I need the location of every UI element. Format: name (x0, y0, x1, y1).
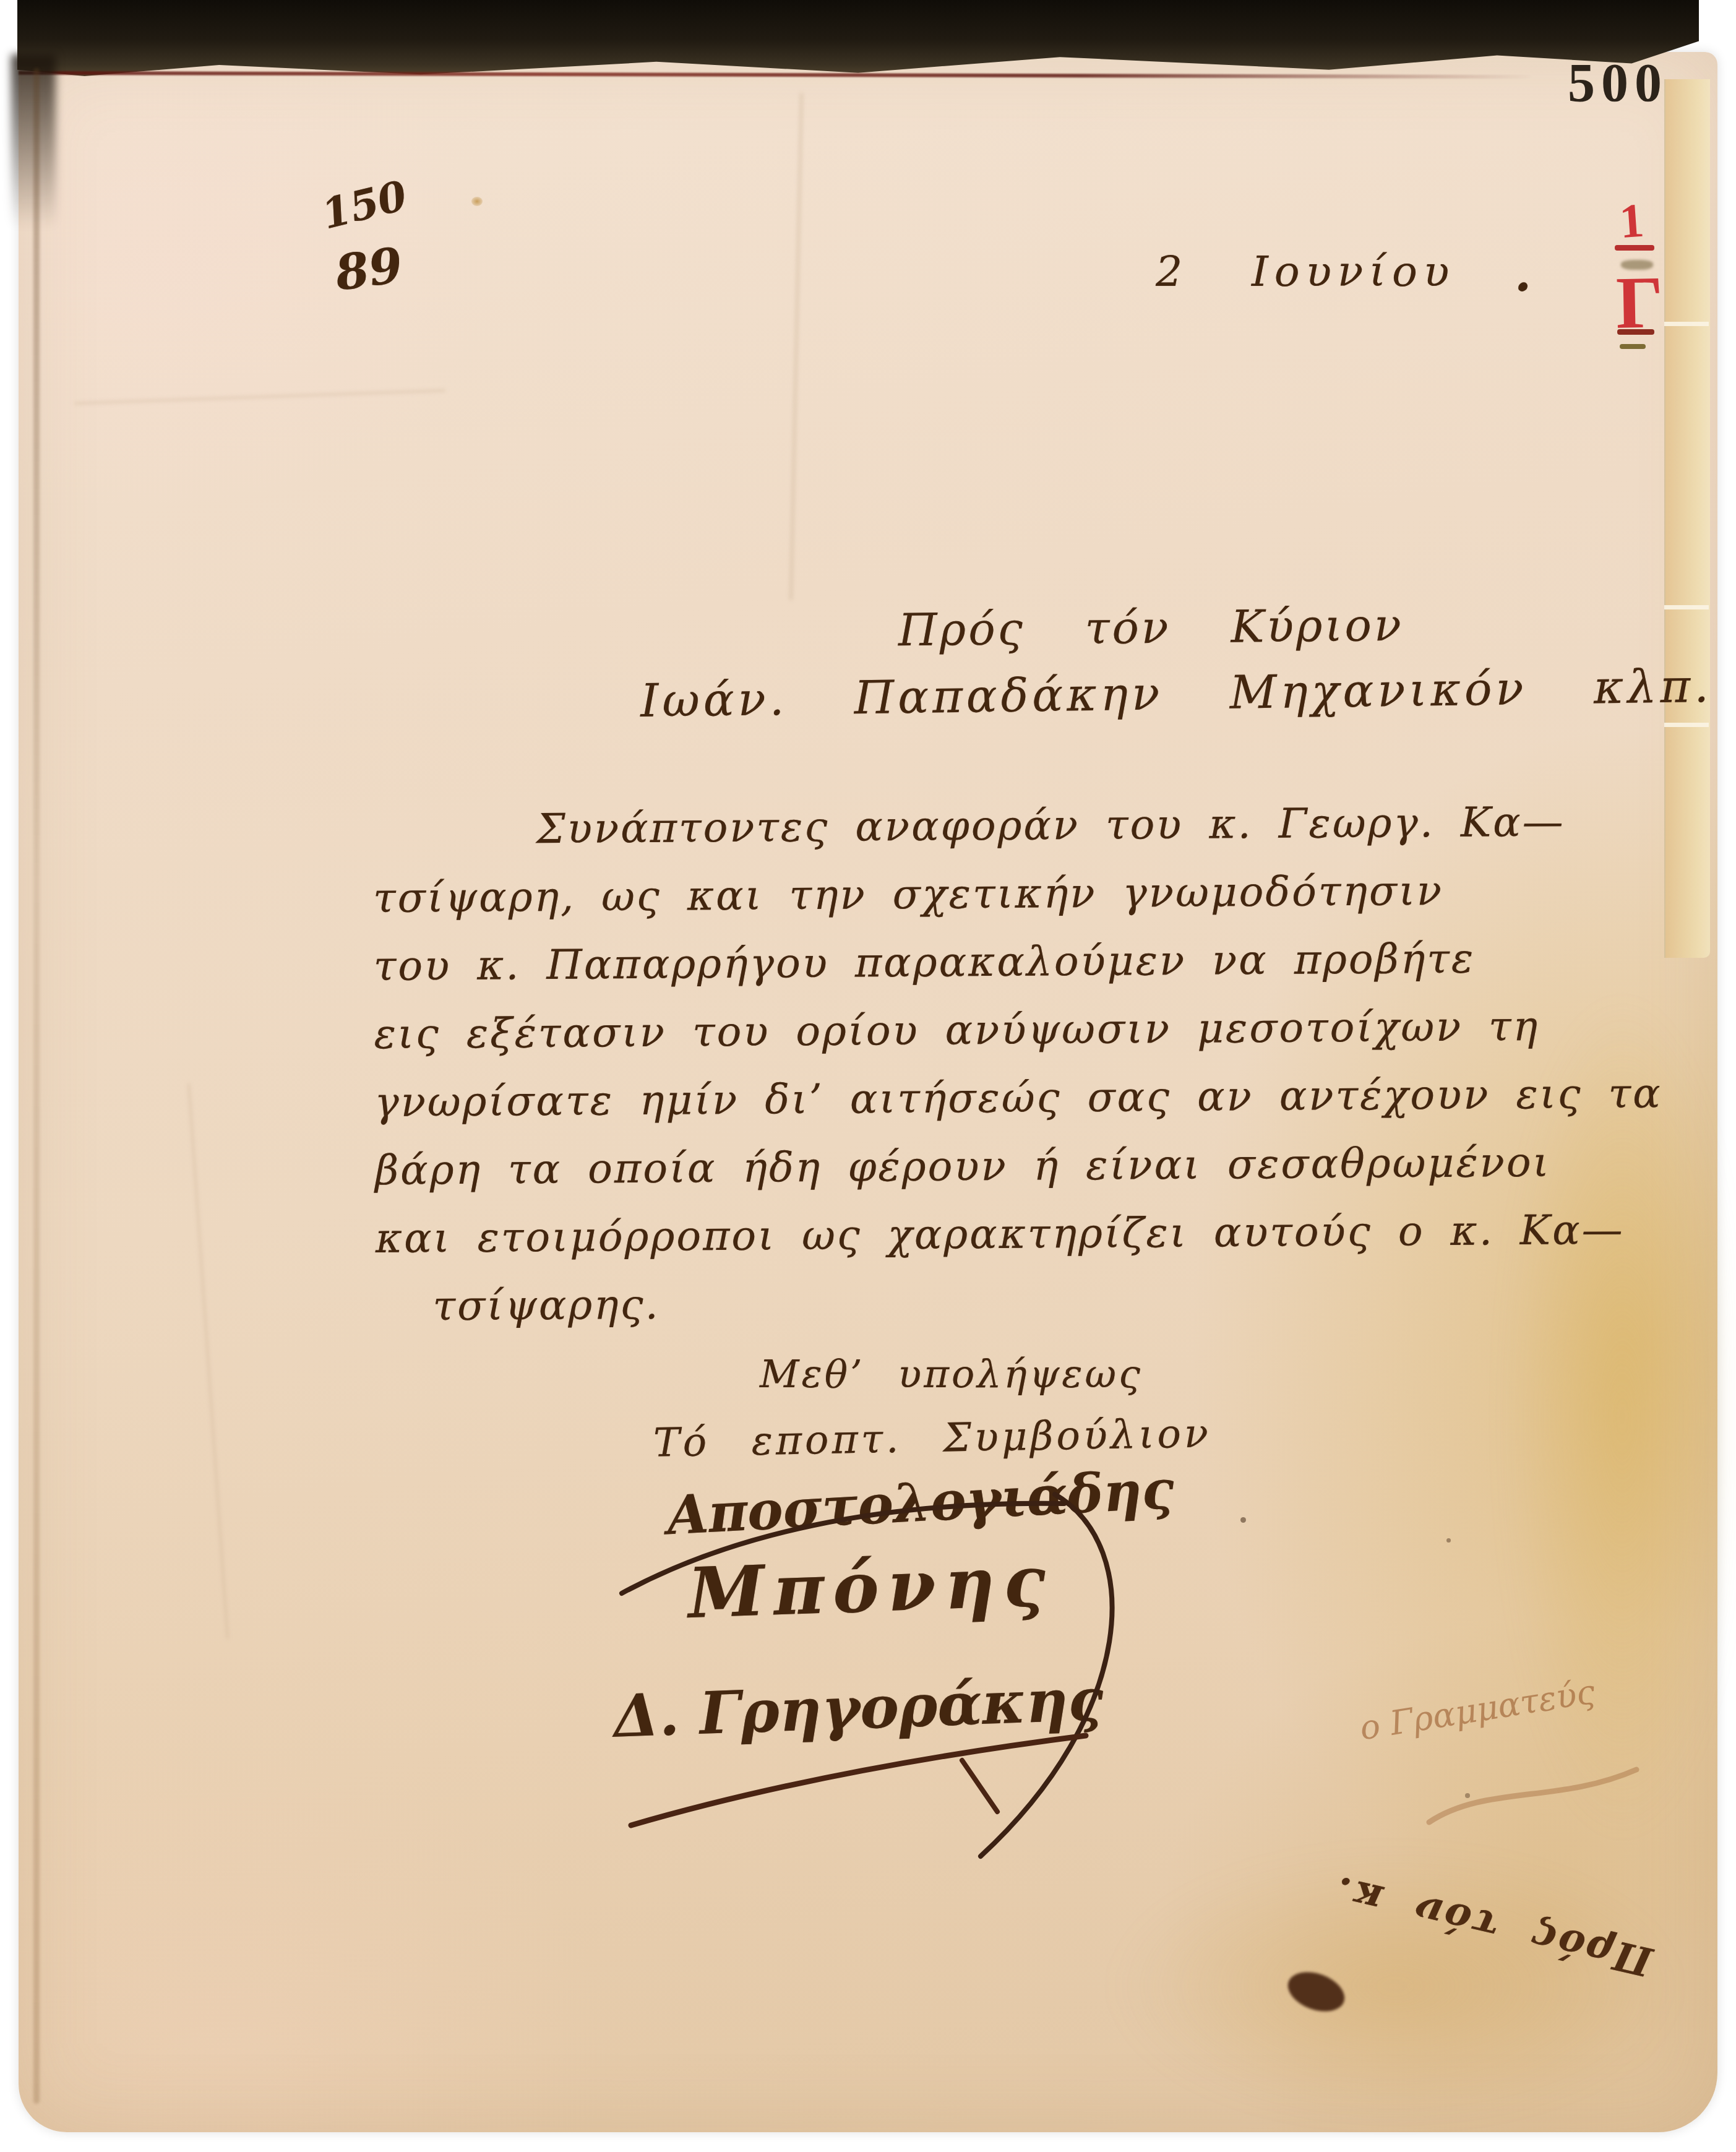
left-page-edge (33, 68, 40, 2104)
underleaf-gap (1664, 322, 1709, 326)
body-line: Συνάπτοντες αναφοράν του κ. Γεωργ. Κα— (372, 798, 1617, 874)
underleaf-gap (1664, 723, 1709, 727)
scanned-letter-page: 500 1 Γ 150 89 2 Ιουνίου . Πρός τόν Κύρι… (0, 0, 1736, 2152)
body-line: εις εξέτασιν του ορίου ανύψωσιν μεσοτοίχ… (374, 1002, 1618, 1078)
ink-speck (1446, 1538, 1451, 1543)
body-line: βάρη τα οποία ήδη φέρουν ή είναι σεσαθρω… (375, 1138, 1619, 1215)
underleaf-gap (1664, 605, 1709, 609)
body-line: και ετοιμόρροποι ως χαρακτηρίζει αυτούς … (376, 1206, 1620, 1283)
body-line: γνωρίσατε ημίν δι’ αιτήσεώς σας αν αντέχ… (374, 1070, 1618, 1147)
underleaf-edge (1664, 79, 1710, 958)
closing-salutation: Μεθ’ υπολήψεως (760, 1351, 1143, 1397)
signature-2: Μπόνης (687, 1541, 1055, 1635)
ink-speck (1465, 1793, 1470, 1798)
body-line: τσίψαρη, ως και την σχετικήν γνωμοδότησι… (373, 866, 1617, 942)
date-line: 2 Ιουνίου (1156, 247, 1455, 296)
body-line: του κ. Παπαρρήγου παρακαλούμεν να προβήτ… (373, 934, 1617, 1010)
fox-spot (471, 197, 483, 206)
red-stamp-mark-1: 1 (1618, 192, 1646, 250)
letter-body: Συνάπτοντες αναφοράν του κ. Γεωργ. Κα— τ… (372, 798, 1620, 1351)
red-stamp-underline-1 (1615, 245, 1654, 251)
olive-dash (1620, 344, 1646, 349)
ink-speck (1240, 1517, 1246, 1523)
heading-addressee-line1: Πρός τόν Κύριον (898, 599, 1404, 656)
red-stamp-underline-2 (1617, 329, 1654, 335)
archive-ref-bottom: 89 (332, 237, 406, 302)
body-line: τσίψαρης. (376, 1274, 1620, 1351)
page-number: 500 (1568, 52, 1668, 114)
date-trailing-mark: . (1515, 246, 1531, 303)
closing-committee: Τό εποπτ. Συμβούλιον (653, 1411, 1211, 1466)
